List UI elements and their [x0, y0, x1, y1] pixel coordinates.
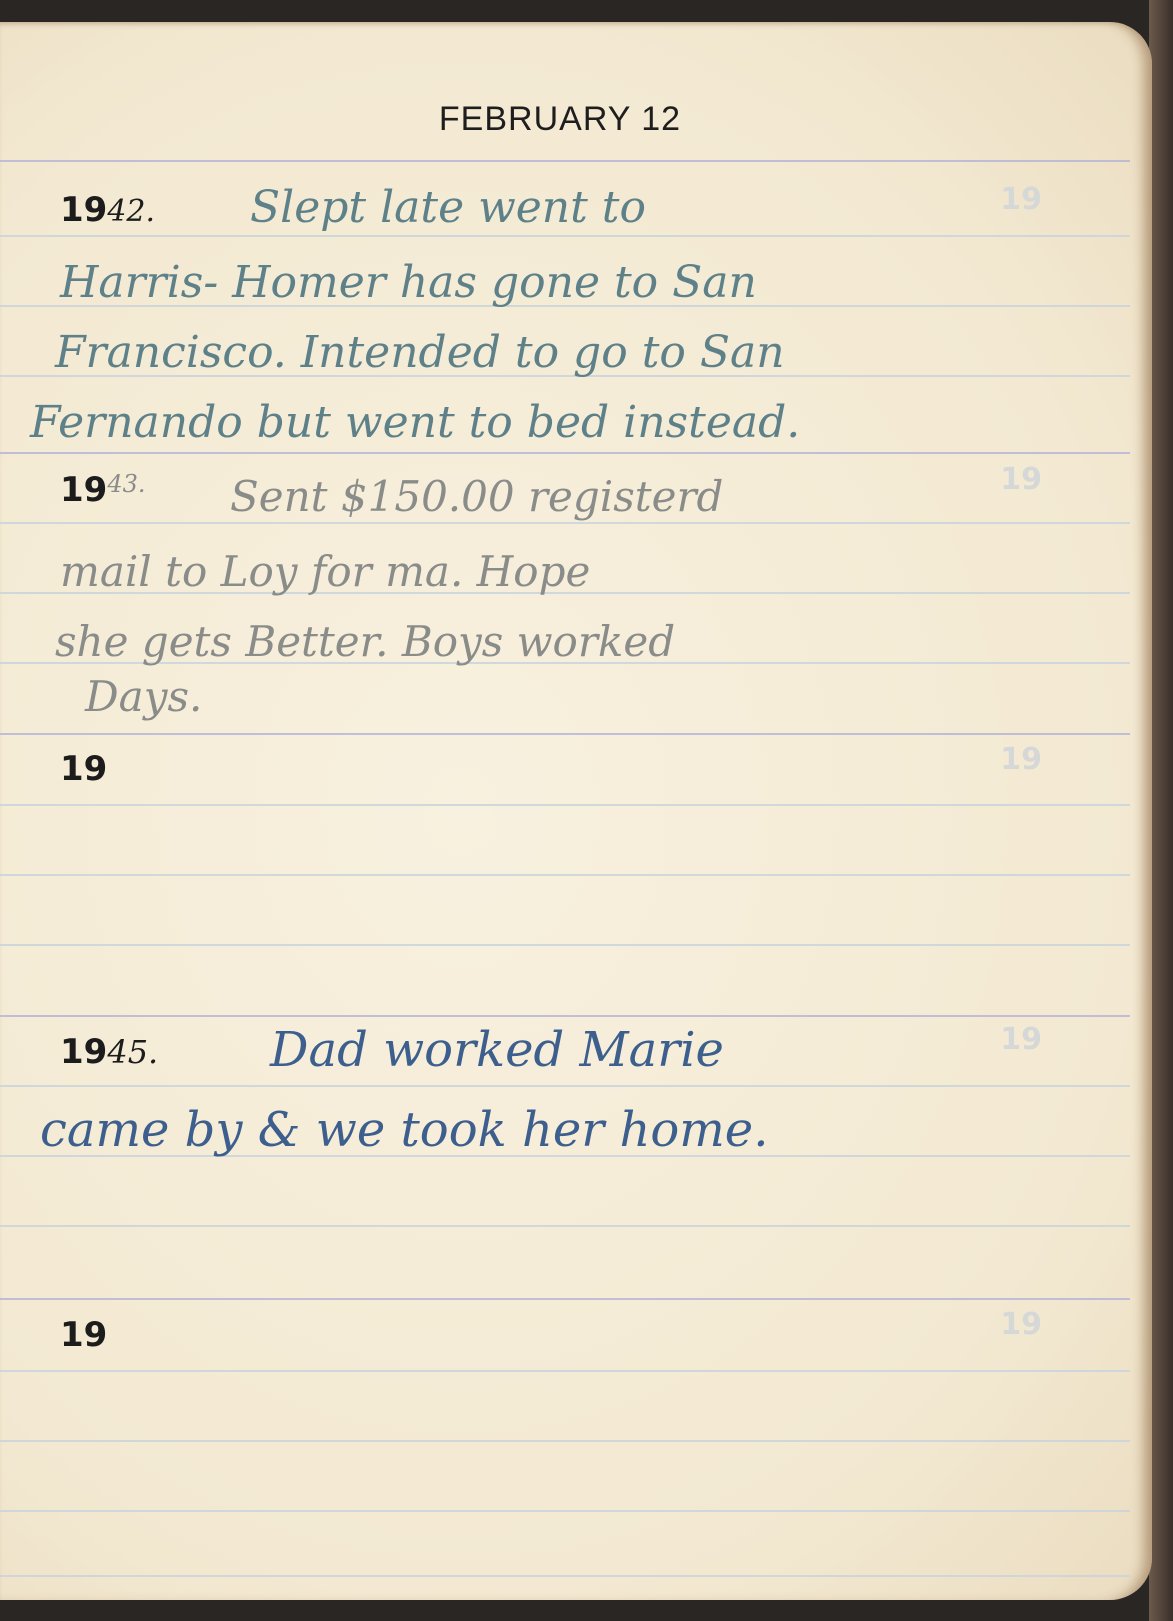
year-printed: 19 [60, 190, 107, 230]
section-divider [0, 1015, 1130, 1017]
ruled-line [0, 944, 1130, 946]
bleed-through-year: 19 [1000, 1022, 1042, 1057]
year-printed: 19 [60, 1315, 107, 1355]
entry-year-4: 1945. [60, 1032, 158, 1072]
ruled-line [0, 874, 1130, 876]
ruled-line [0, 1225, 1130, 1227]
year-handwritten: 42. [107, 194, 155, 229]
year-printed: 19 [60, 470, 107, 510]
ruled-line [0, 235, 1130, 237]
ruled-line [0, 1440, 1130, 1442]
ruled-line [0, 1370, 1130, 1372]
entry-line: Days. [85, 672, 202, 721]
year-printed: 19 [60, 1032, 107, 1072]
entry-year-1: 1942. [60, 190, 155, 230]
section-divider [0, 452, 1130, 454]
section-divider [0, 1298, 1130, 1300]
diary-page: 19 19 19 19 19 FEBRUARY 12 1942. Slept l… [0, 22, 1152, 1600]
entry-year-5: 19 [60, 1315, 107, 1355]
bleed-through-year: 19 [1000, 182, 1042, 217]
entry-line: Francisco. Intended to go to San [55, 327, 785, 378]
ruled-line [0, 1085, 1130, 1087]
entry-line: Fernando but went to bed instead. [30, 397, 800, 448]
year-handwritten: 45. [107, 1033, 158, 1071]
year-printed: 19 [60, 749, 107, 789]
page-date-heading: FEBRUARY 12 [0, 100, 1120, 139]
bleed-through-year: 19 [1000, 1307, 1042, 1342]
bleed-through-year: 19 [1000, 462, 1042, 497]
entry-line: Harris- Homer has gone to San [60, 257, 757, 308]
entry-line: mail to Loy for ma. Hope [60, 547, 590, 596]
entry-year-3: 19 [60, 749, 107, 789]
year-handwritten: 43. [107, 470, 145, 498]
entry-line: she gets Better. Boys worked [55, 617, 675, 666]
ruled-line [0, 1510, 1130, 1512]
entry-line: Dad worked Marie [270, 1022, 724, 1078]
ruled-line [0, 1575, 1130, 1577]
entry-year-2: 1943. [60, 470, 146, 510]
section-divider [0, 160, 1130, 162]
entry-line: Sent $150.00 registerd [230, 472, 723, 521]
entry-line: Slept late went to [250, 182, 646, 233]
bleed-through-year: 19 [1000, 742, 1042, 777]
section-divider [0, 733, 1130, 735]
ruled-line [0, 804, 1130, 806]
ruled-line [0, 522, 1130, 524]
entry-line: came by & we took her home. [40, 1102, 768, 1158]
book-edge [1149, 0, 1173, 1621]
